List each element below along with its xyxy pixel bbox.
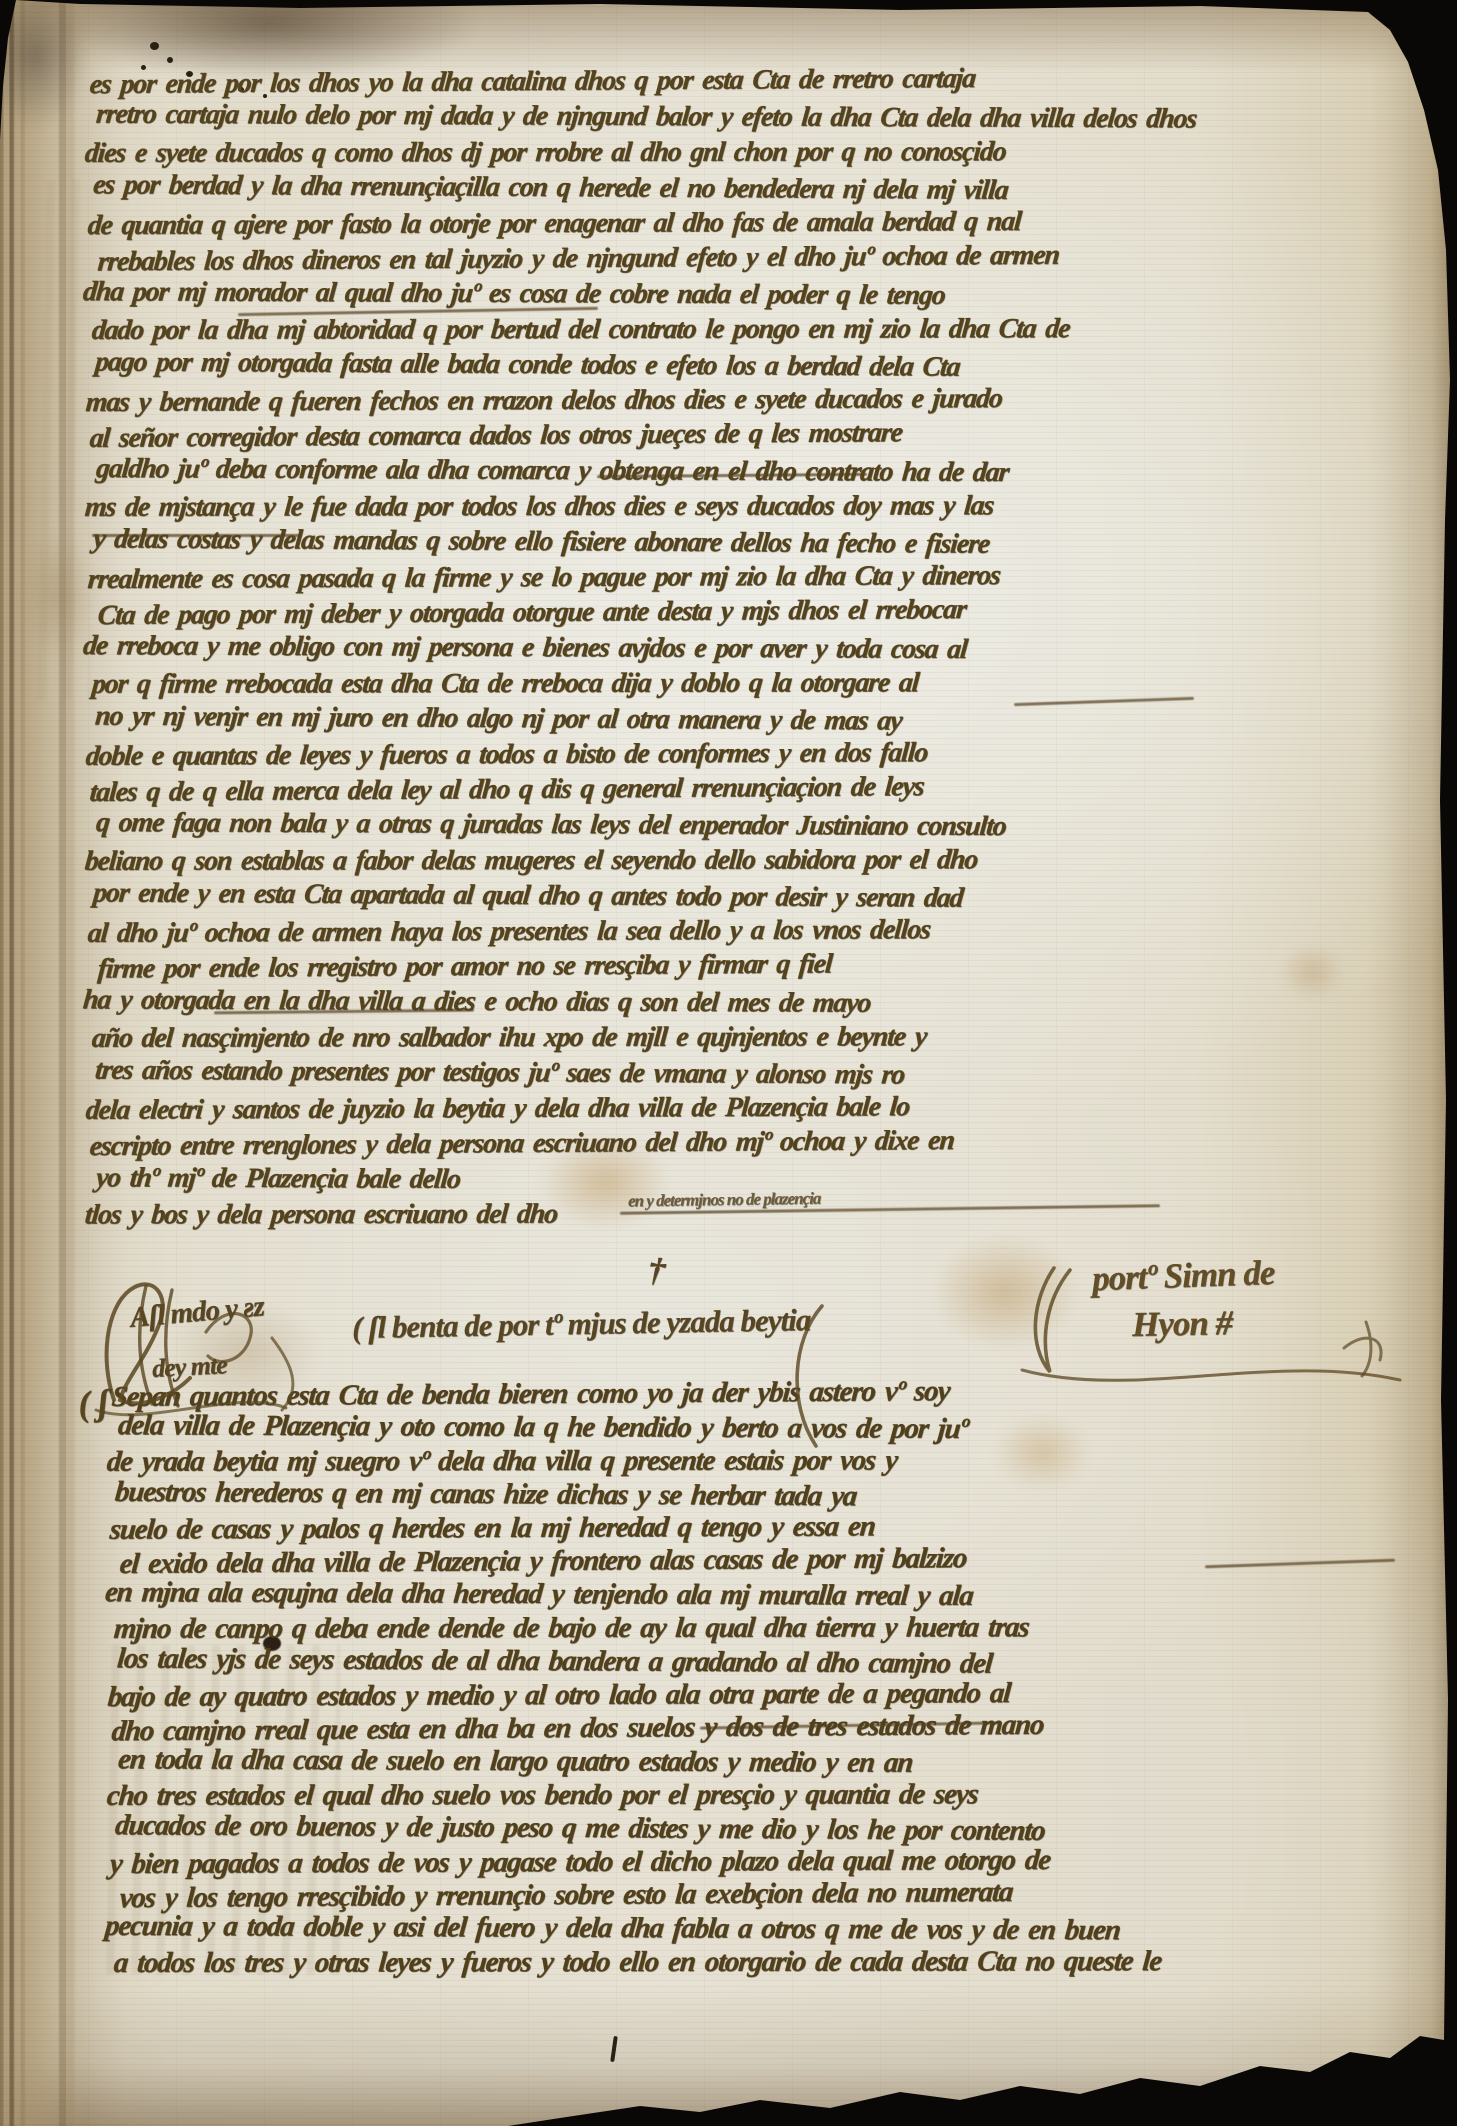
manuscript-line: ducados de oro buenos y de justo peso q … <box>114 1809 1046 1848</box>
manuscript-line: dela villa de Plazençia y oto como la q … <box>117 1410 969 1447</box>
notary-signature-line2: dey mte <box>151 1350 227 1384</box>
manuscript-line: al señor corregidor desta comarca dados … <box>88 417 903 455</box>
ink-spot <box>150 42 159 50</box>
manuscript-line: ms de mjstança y le fue dada por todos l… <box>84 490 995 524</box>
burn-stain-top <box>60 0 480 80</box>
manuscript-line: a todos los tres y otras leyes y fueros … <box>113 1945 1163 1980</box>
ink-blot <box>263 1636 281 1651</box>
manuscript-line: doble e quantas de leyes y fueros a todo… <box>85 737 929 773</box>
manuscript-line: dado por la dha mj abtoridad q por bertu… <box>91 313 1071 347</box>
ink-spot <box>238 87 244 92</box>
manuscript-line: dies e syete ducados q como dhos dj por … <box>84 136 1007 170</box>
cancellation-stroke <box>92 534 302 537</box>
docket-heading: ( ſl benta de por tº mjus de yzada beyti… <box>352 1302 811 1346</box>
manuscript-line: los tales yjs de seys estados de al dha … <box>116 1643 994 1681</box>
notary-signature-line1: Aſl mdo y ƨz <box>129 1290 265 1335</box>
damp-stain-right <box>930 1235 1080 1350</box>
manuscript-line: mjno de canpo q deba ende dende de bajo … <box>113 1611 1030 1646</box>
manuscript-line: es por berdad y la dha rrenunçiaçilla co… <box>92 169 1009 207</box>
manuscript-line: rretro cartaja nulo delo por mj dada y d… <box>95 99 1198 136</box>
cancellation-stroke <box>700 1721 1000 1729</box>
manuscript-line: tlos y bos y dela persona escriuano del … <box>84 1198 559 1231</box>
signature-smudge <box>170 1300 320 1405</box>
manuscript-line: suelo de casas y palos q herdes en la mj… <box>108 1510 876 1546</box>
cancellation-stroke <box>238 307 598 316</box>
manuscript-line: beliano q son establas a fabor delas mug… <box>84 844 979 878</box>
manuscript-line: rrebables los dhos dineros en tal juyzio… <box>96 240 1060 279</box>
manuscript-scan: es por ende por los dhos yo la dha catal… <box>0 0 1457 2126</box>
manuscript-line: de quantia q ajere por fasto la otorje p… <box>86 206 1021 242</box>
manuscript-line: escripto entre rrenglones y dela persona… <box>88 1125 955 1163</box>
manuscript-line: no yr nj venjr en mj juro en dho algo nj… <box>94 701 903 738</box>
ink-spot <box>186 71 193 77</box>
verso-showthrough-lower <box>95 1645 340 1975</box>
foxing-spot-right <box>1280 945 1345 1000</box>
manuscript-line: vos y los tengo rresçibido y rrenunçio s… <box>118 1876 1013 1915</box>
binding-gutter-crease <box>0 0 96 2126</box>
manuscript-line: firme por ende los rregistro por amor no… <box>96 948 832 985</box>
manuscript-line: por ende y en esta Cta apartada al qual … <box>92 878 964 915</box>
cancellation-stroke <box>214 1009 474 1015</box>
manuscript-line: buestros herederos q en mj canas hize di… <box>114 1476 858 1514</box>
manuscript-line: yo thº mjº de Plazençia bale dello <box>95 1163 462 1197</box>
manuscript-line: pago por mj otorgada fasta alle bada con… <box>94 347 961 384</box>
marginal-note-line2: Hyon # <box>1132 1303 1233 1345</box>
corner-shadow-top-left <box>0 0 90 130</box>
manuscript-line: ha y otorgada en la dha villa a dies e o… <box>82 985 872 1020</box>
verso-showthrough-upper <box>30 180 90 700</box>
cancellation-stroke-interline <box>620 1204 1160 1215</box>
cancellation-stroke <box>597 473 867 478</box>
manuscript-line: q ome faga non bala y a otras q juradas … <box>95 807 1007 843</box>
manuscript-line: de rreboca y me obligo con mj persona e … <box>82 630 968 666</box>
damp-stain-small <box>995 1415 1090 1490</box>
manuscript-line: de yrada beytia mj suegro vº dela dha vi… <box>106 1444 899 1478</box>
marginal-note-line1: portº Simn de <box>1091 1253 1275 1299</box>
manuscript-line: cho tres estados el qual dho suelo vos b… <box>106 1778 980 1813</box>
cancellation-stroke <box>1014 697 1194 706</box>
manuscript-line: dela electri y santos de juyzio la beyti… <box>85 1091 911 1127</box>
manuscript-line: en mjna ala esqujna dela dha heredad y t… <box>104 1576 975 1613</box>
ink-spot <box>263 94 267 98</box>
manuscript-line: rrealmente es cosa pasada q la firme y s… <box>87 560 1002 596</box>
cross-mark: † <box>646 1251 666 1290</box>
manuscript-line: al dho juº ochoa de armen haya los prese… <box>87 914 932 950</box>
manuscript-line: galdho juº deba conforme ala dha comarca… <box>95 453 1010 489</box>
manuscript-line: por q firme rrebocada esta dha Cta de rr… <box>91 667 920 700</box>
manuscript-line: Cta de pago por mj deber y otorgada otor… <box>96 594 967 632</box>
marginal-note-flourish <box>1014 1252 1414 1402</box>
manuscript-page: es por ende por los dhos yo la dha catal… <box>0 0 1457 2126</box>
docket-opening-swash <box>778 1300 828 1450</box>
manuscript-line: dha por mj morador al qual dho juº es co… <box>82 277 946 313</box>
ink-mark-bottom <box>610 2036 618 2062</box>
manuscript-line: es por ende por los dhos yo la dha catal… <box>88 63 976 101</box>
ink-spot <box>141 65 146 70</box>
notary-rubric-flourish <box>86 1268 316 1428</box>
paragraph-mark: ( ʃ <box>77 1381 110 1425</box>
handwriting-layer: es por ende por los dhos yo la dha catal… <box>0 0 1457 2126</box>
manuscript-line: Sepan quantos esta Cta de benda bieren c… <box>110 1375 950 1414</box>
manuscript-line: bajo de ay quatro estados y medio y al o… <box>106 1677 1011 1714</box>
manuscript-line: mas y bernande q fueren fechos en rrazon… <box>84 383 1003 419</box>
interline-note: en y determjnos no de plazençia <box>628 1189 821 1212</box>
manuscript-line: tres años estando presentes por testigos… <box>94 1055 906 1092</box>
manuscript-line: tales q de q ella merca dela ley al dho … <box>88 771 924 809</box>
manuscript-line: el exido dela dha villa de Plazençia y f… <box>118 1542 967 1581</box>
cancellation-stroke <box>1205 1559 1395 1569</box>
manuscript-line: año del nasçimjento de nro salbador ihu … <box>91 1021 928 1054</box>
manuscript-line: en toda la dha casa de suelo en largo qu… <box>117 1744 914 1780</box>
margin-smudge-left <box>22 530 97 660</box>
manuscript-line: y delas costas y delas mandas q sobre el… <box>92 523 991 560</box>
ink-spot <box>167 57 173 63</box>
manuscript-line: pecunia y a toda doble y asi del fuero y… <box>104 1910 1122 1947</box>
damp-stain-center <box>540 1135 670 1230</box>
manuscript-line: y bien pagados a todos de vos y pagase t… <box>108 1844 1051 1881</box>
manuscript-line: dho camjno rreal que esta en dha ba en d… <box>110 1709 1044 1748</box>
